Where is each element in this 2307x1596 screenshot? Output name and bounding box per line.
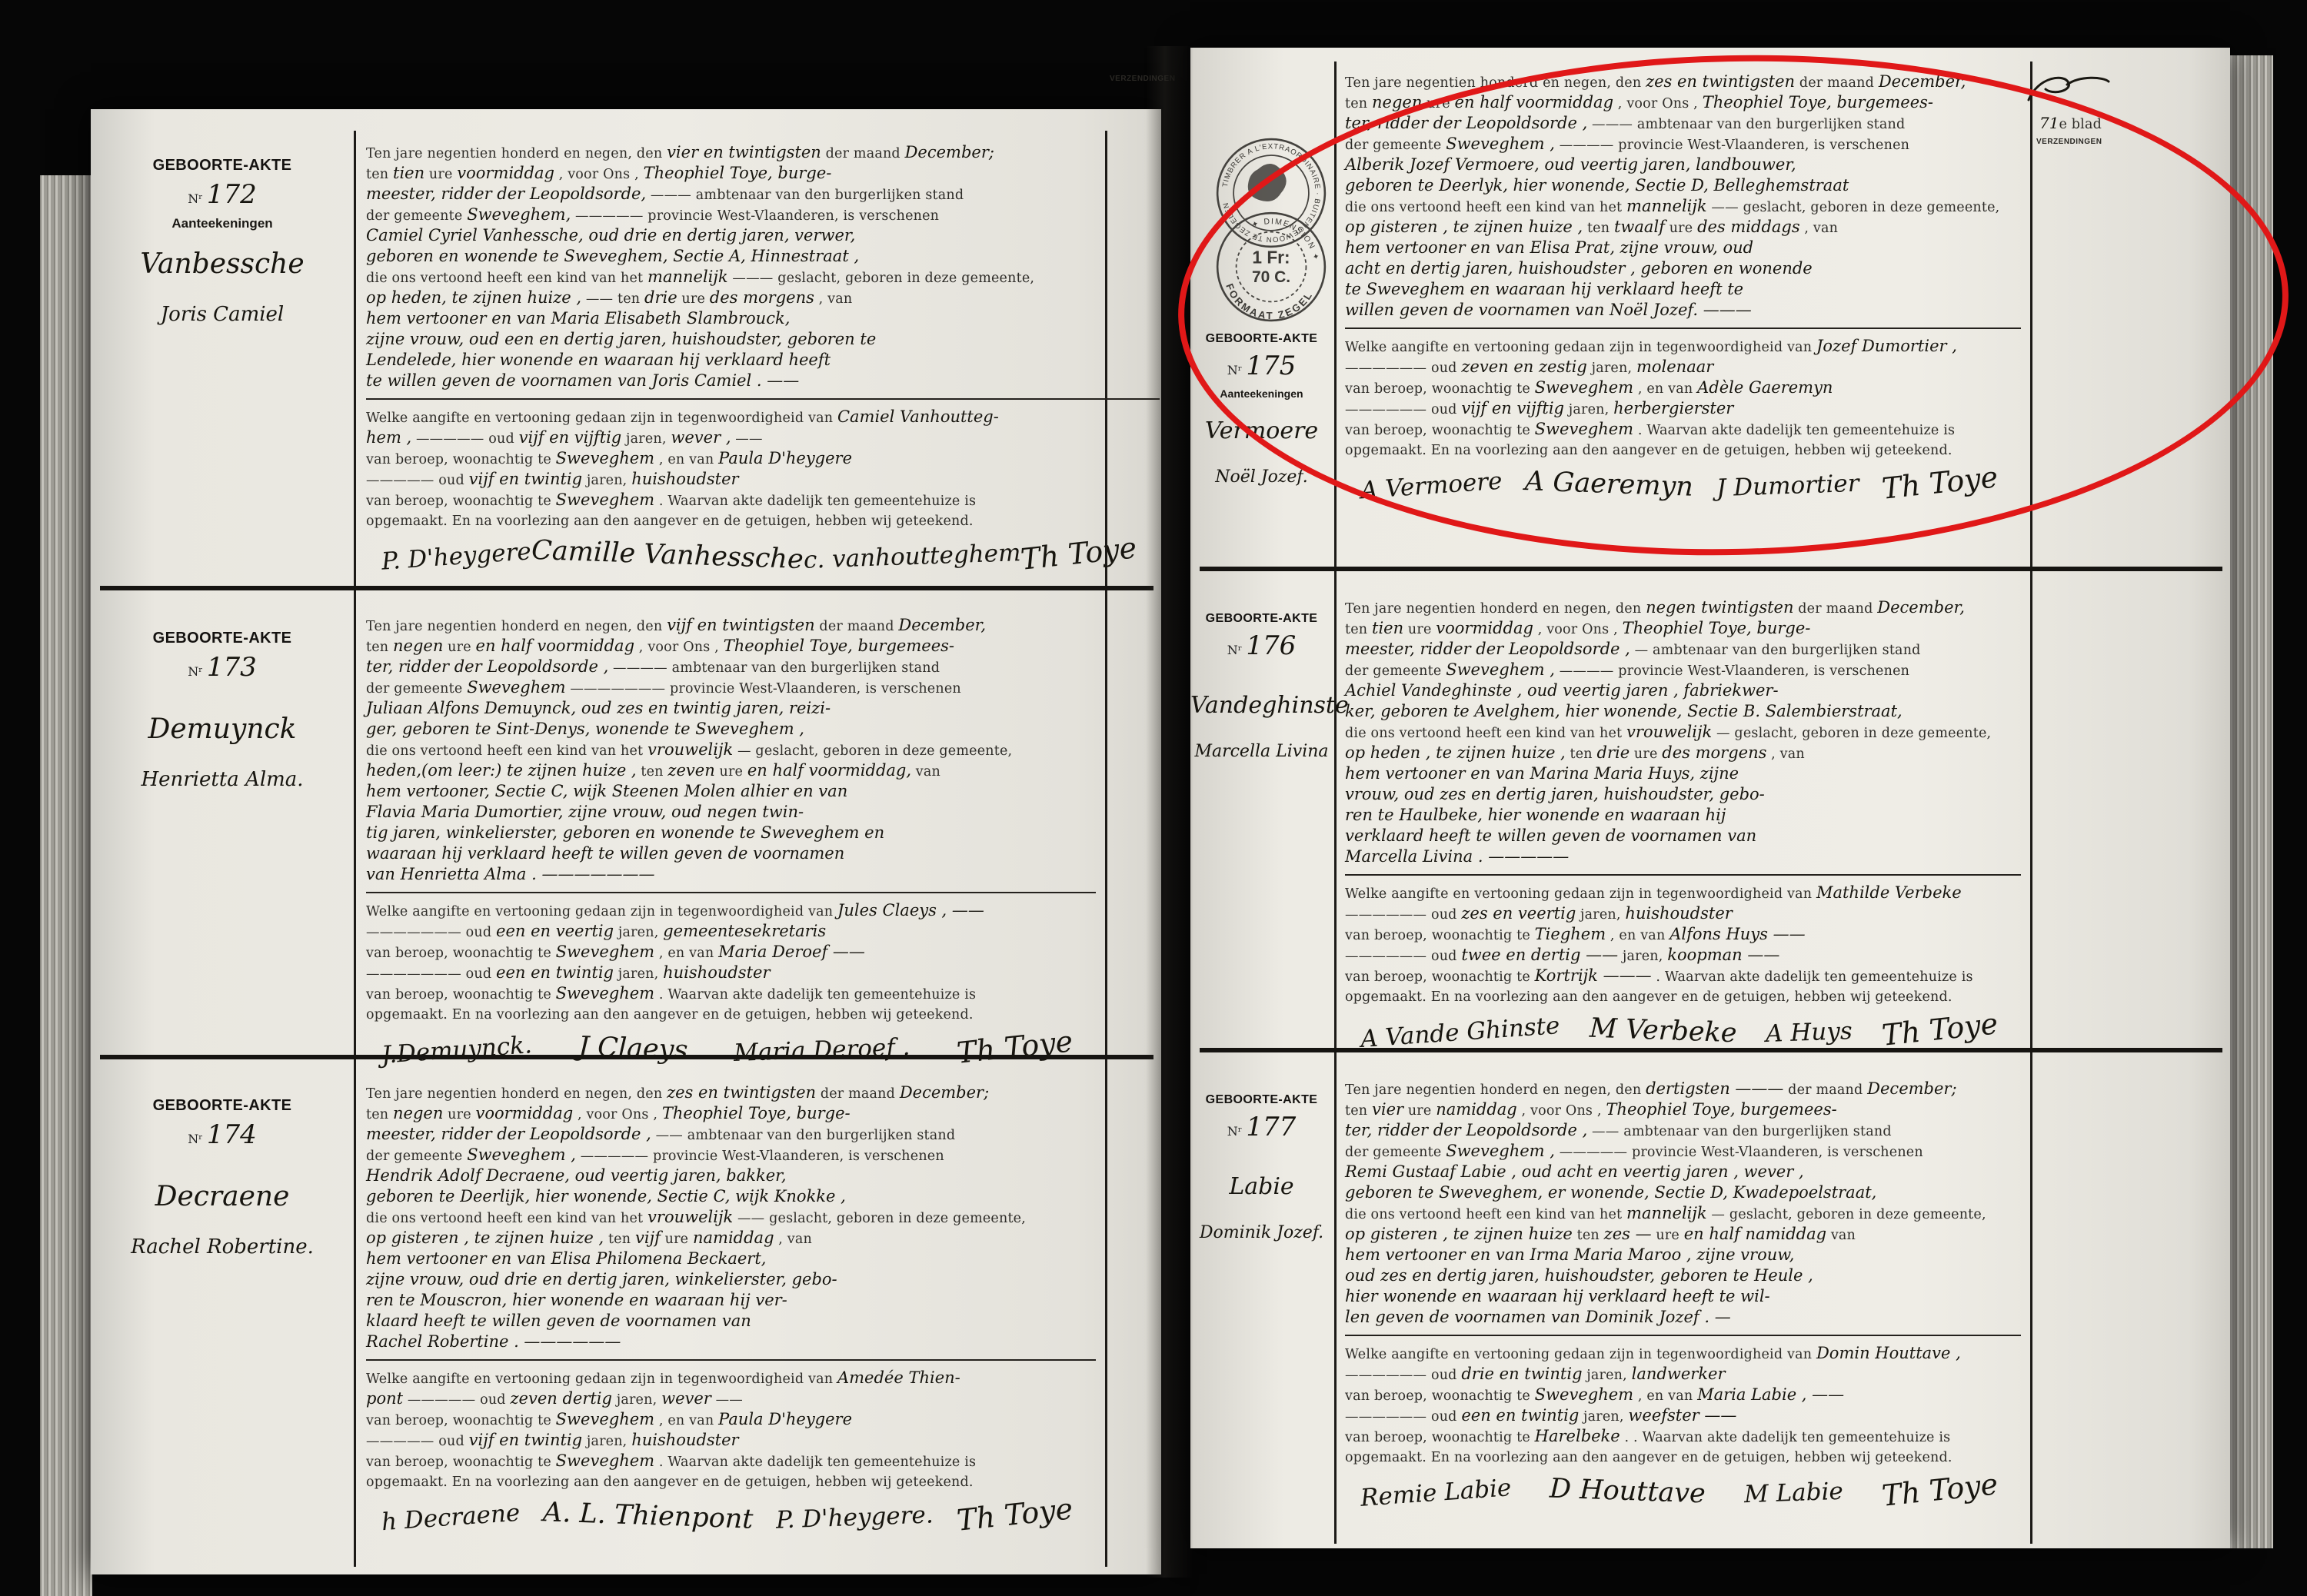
handwritten-text: hem vertooner en van Marina Maria Huys, … (1345, 764, 1739, 783)
birth-act-172: GEBOORTE-AKTE Nʳ 172 Aanteekeningen Vanb… (91, 138, 1105, 583)
form-line: Welke aangifte en vertooning gedaan zijn… (366, 901, 1096, 922)
form-line: hem vertooner, Sectie C, wijk Steenen Mo… (366, 782, 1096, 803)
form-line: van beroep, woonachtig te Sweveghem . Wa… (366, 1451, 1096, 1472)
handwritten-text: meester, ridder der Leopoldsorde , (1345, 640, 1630, 658)
handwritten-text: drie (644, 288, 677, 307)
form-line: opgemaakt. En na voorlezing aan den aang… (1345, 987, 2021, 1008)
act-margin-column: GEBOORTE-AKTE Nʳ 176 Vandeghinste Marcel… (1190, 594, 1333, 1046)
child-given-names: Marcella Livina (1190, 742, 1333, 761)
signature: A Huys (1766, 1017, 1853, 1048)
form-line: waaraan hij verklaard heeft te willen ge… (366, 844, 1096, 865)
printed-form-text: opgemaakt. En na voorlezing aan den aang… (366, 514, 974, 529)
act-margin-column: GEBOORTE-AKTE Nʳ 174 Decraene Rachel Rob… (91, 1079, 354, 1568)
form-line: klaard heeft te willen geven de voorname… (366, 1312, 1096, 1332)
printed-form-text: Welke aangifte en vertooning gedaan zijn… (366, 904, 837, 919)
printed-form-text: , van (1766, 746, 1804, 762)
printed-form-text: van beroep, woonachtig te (1345, 381, 1535, 397)
act-margin-column: GEBOORTE-AKTE Nʳ 177 Labie Dominik Jozef… (1190, 1075, 1333, 1544)
signature: P. D'heygere (381, 537, 532, 576)
printed-form-text: , van (814, 291, 852, 307)
scanned-register-photo: VERZENDINGEN 71e blad VERZENDINGEN GEBOO… (0, 0, 2307, 1596)
handwritten-text: zes en twintigsten (1646, 72, 1795, 91)
printed-form-text: ten (366, 1107, 393, 1122)
printed-form-text: der gemeente (366, 681, 467, 697)
printed-form-text: jaren, (1587, 361, 1636, 376)
signature: A Gaeremyn (1525, 466, 1694, 503)
handwritten-text: te Sweveghem en waaraan hij verklaard he… (1345, 280, 1743, 298)
printed-form-text: , voor Ons , (573, 1107, 662, 1122)
form-line: Ten jare negentien honderd en negen, den… (1345, 598, 2021, 619)
handwritten-text: Sweveghem, (467, 205, 571, 224)
handwritten-text: en half voormiddag, (747, 761, 911, 780)
act-body-text: Ten jare negentien honderd en negen, den… (366, 143, 1160, 392)
printed-form-text: . Waarvan akte dadelijk ten gemeentehuiz… (654, 494, 976, 509)
printed-form-text: ten (1583, 221, 1614, 236)
form-line: van beroep, woonachtig te Sweveghem , en… (1345, 378, 2021, 399)
form-line: te willen geven de voornamen van Joris C… (366, 371, 1160, 392)
printed-form-text: —————— oud (1345, 949, 1461, 964)
printed-form-text: ure (424, 167, 457, 182)
form-line: van Henrietta Alma . ——————— (366, 865, 1096, 886)
printed-form-text: ten (1566, 746, 1597, 762)
handwritten-text: vrouw, oud zes en dertig jaren, huishoud… (1345, 785, 1765, 803)
annotations-label: Aanteekeningen (91, 216, 354, 231)
signature: h Decraene (381, 1499, 521, 1536)
printed-form-text: ure (1652, 1228, 1684, 1243)
form-line: —————— oud een en twintig jaren, weefste… (1345, 1406, 2021, 1427)
form-line: geboren te Sweveghem, er wonende, Sectie… (1345, 1183, 2021, 1204)
handwritten-text: tien (393, 164, 424, 182)
handwritten-text: des middags (1697, 218, 1800, 236)
signature-row: A VermoereA GaeremynJ DumortierTh Toye (1345, 461, 2021, 500)
form-line: hier wonende en waaraan hij verklaard he… (1345, 1287, 2021, 1308)
handwritten-text: Rachel Robertine . —————— (366, 1332, 621, 1351)
printed-form-text: Welke aangifte en vertooning gedaan zijn… (366, 411, 837, 426)
handwritten-text: te willen geven de voornamen van Joris C… (366, 371, 799, 390)
act-number-label: Nʳ (188, 664, 203, 679)
handwritten-text: zes en veertig (1461, 904, 1576, 923)
book-gutter (1146, 46, 1193, 1578)
act-number: Nʳ 176 (1190, 630, 1333, 661)
form-line: der gemeente Sweveghem, ————— provincie … (366, 205, 1160, 226)
printed-form-text: ———— ambtenaar van den burgerlijken stan… (608, 660, 940, 676)
annotations-label (1190, 1149, 1333, 1156)
signature: Th Toye (955, 1024, 1074, 1070)
handwritten-text: geboren te Sweveghem, er wonende, Sectie… (1345, 1183, 1876, 1202)
form-line: meester, ridder der Leopoldsorde , —— am… (366, 1125, 1096, 1145)
printed-form-text: der maand (821, 146, 905, 161)
form-line: opgemaakt. En na voorlezing aan den aang… (366, 1005, 1096, 1026)
form-line: ker, geboren te Avelghem, hier wonende, … (1345, 702, 2021, 723)
form-line: der gemeente Sweveghem , ————— provincie… (1345, 1142, 2021, 1162)
signature: M Labie (1744, 1478, 1844, 1508)
signature: Th Toye (1880, 1467, 1999, 1513)
printed-form-text: ————— oud (403, 1392, 510, 1408)
form-line: die ons vertoond heeft een kind van het … (366, 1208, 1096, 1229)
form-line: Remi Gustaaf Labie , oud acht en veertig… (1345, 1162, 2021, 1183)
act-type-heading: GEBOORTE-AKTE (91, 157, 354, 175)
printed-form-text: ——————— oud (366, 966, 496, 982)
handwritten-text: zes en twintigsten (667, 1083, 816, 1102)
form-line: die ons vertoond heeft een kind van het … (366, 740, 1096, 761)
form-line: zijne vrouw, oud een en dertig jaren, hu… (366, 330, 1160, 351)
form-line: verklaard heeft te willen geven de voorn… (1345, 826, 2021, 847)
act-number: Nʳ 174 (91, 1119, 354, 1150)
form-line: die ons vertoond heeft een kind van het … (1345, 723, 2021, 743)
handwritten-text: weefster —— (1628, 1406, 1736, 1425)
printed-form-text: Ten jare negentien honderd en negen, den (1345, 1082, 1646, 1098)
printed-form-text: der maand (1795, 75, 1879, 91)
handwritten-text: December, (1877, 598, 1965, 617)
handwritten-text: Jozef Dumortier , (1816, 337, 1957, 355)
handwritten-text: Amedée Thien- (837, 1368, 960, 1387)
printed-form-text: opgemaakt. En na voorlezing aan den aang… (366, 1007, 974, 1022)
handwritten-text: vijf en twintig (469, 1431, 582, 1449)
form-line: van beroep, woonachtig te Sweveghem , en… (366, 943, 1096, 963)
handwritten-text: December; (1867, 1079, 1956, 1098)
handwritten-text: voormiddag (1436, 619, 1533, 637)
printed-form-text: , van (1800, 221, 1838, 236)
printed-form-text: Welke aangifte en vertooning gedaan zijn… (1345, 340, 1816, 355)
handwritten-text: huishoudster (631, 470, 738, 488)
printed-form-text: van beroep, woonachtig te (1345, 969, 1535, 985)
signature: M Verbeke (1589, 1013, 1737, 1049)
printed-form-text: Welke aangifte en vertooning gedaan zijn… (1345, 886, 1816, 902)
form-line: van beroep, woonachtig te Sweveghem , en… (1345, 1385, 2021, 1406)
handwritten-text: Sweveghem (556, 449, 654, 467)
handwritten-text: Theophiel Toye, burge- (662, 1104, 851, 1122)
printed-form-text: opgemaakt. En na voorlezing aan den aang… (1345, 989, 1952, 1005)
form-line: —————— oud drie en twintig jaren, landwe… (1345, 1365, 2021, 1385)
handwritten-text: Theophiel Toye, burge- (644, 164, 832, 182)
handwritten-text: zes — (1604, 1225, 1652, 1243)
verzendingen-label: VERZENDINGEN (2036, 138, 2106, 146)
handwritten-text: ger, geboren te Sint-Denys, wonende te S… (366, 720, 804, 738)
act-number-label: Nʳ (188, 191, 203, 206)
form-line: die ons vertoond heeft een kind van het … (1345, 1204, 2021, 1225)
handwritten-text: gemeentesekretaris (663, 922, 826, 940)
handwritten-text: een en twintig (496, 963, 614, 982)
printed-form-text: —— geslacht, geboren in deze gemeente, (1707, 200, 2000, 215)
printed-form-text: jaren, (582, 473, 631, 488)
form-line: pont ————— oud zeven dertig jaren, wever… (366, 1389, 1096, 1410)
act-number: Nʳ 177 (1190, 1112, 1333, 1142)
act-separator (1200, 1048, 2222, 1052)
handwritten-text: vier en twintigsten (667, 143, 821, 161)
form-line: ————— oud vijf en twintig jaren, huishou… (366, 1431, 1096, 1451)
annotations-label: Aanteekeningen (1190, 387, 1333, 401)
act-witness-text: Welke aangifte en vertooning gedaan zijn… (1345, 874, 2021, 1008)
handwritten-text: wever (661, 1389, 711, 1408)
printed-form-text: der gemeente (1345, 1145, 1446, 1160)
printed-form-text: ten (637, 764, 668, 780)
act-number-label: Nʳ (188, 1132, 203, 1146)
handwritten-text: drie (1597, 743, 1630, 762)
printed-form-text: ten (1345, 622, 1372, 637)
handwritten-text: vijf en vijftig (519, 428, 622, 447)
printed-form-text: ————— provincie West-Vlaanderen, is vers… (1555, 1145, 1923, 1160)
form-line: van beroep, woonachtig te Harelbeke . . … (1345, 1427, 2021, 1448)
printed-form-text: ure (1630, 746, 1662, 762)
printed-form-text: opgemaakt. En na voorlezing aan den aang… (366, 1475, 974, 1490)
form-line: Juliaan Alfons Demuynck, oud zes en twin… (366, 699, 1096, 720)
act-type-heading: GEBOORTE-AKTE (91, 630, 354, 647)
signature: A. L. Thienpont (543, 1497, 754, 1535)
printed-form-text: ——————— provincie West-Vlaanderen, is ve… (566, 681, 961, 697)
handwritten-text: en half voormiddag (1455, 93, 1614, 111)
form-line: Alberik Jozef Vermoere, oud veertig jare… (1345, 155, 2021, 176)
handwritten-text: Camiel Vanhoutteg- (837, 407, 999, 426)
act-margin-column: TIMBRER A L'EXTRAORDINAIRE · BUITENGEWOO… (1190, 68, 1333, 563)
handwritten-text: molenaar (1636, 357, 1713, 376)
form-line: Welke aangifte en vertooning gedaan zijn… (1345, 337, 2021, 357)
child-given-names: Noël Jozef. (1190, 467, 1333, 487)
act-text-column: Ten jare negentien honderd en negen, den… (354, 611, 1105, 1064)
printed-form-text: Welke aangifte en vertooning gedaan zijn… (1345, 1347, 1816, 1362)
handwritten-text: hem vertooner en van Irma Maria Maroo , … (1345, 1245, 1794, 1264)
handwritten-text: Tieghem (1535, 925, 1606, 943)
form-line: hem , ————— oud vijf en vijftig jaren, w… (366, 428, 1160, 449)
form-line: ter, ridder der Leopoldsorde , ———— ambt… (366, 657, 1096, 678)
form-line: op heden , te zijnen huize , ten drie ur… (1345, 743, 2021, 764)
printed-form-text: ——————— oud (366, 925, 496, 940)
printed-form-text: der maand (815, 619, 899, 634)
form-line: van beroep, woonachtig te Sweveghem . Wa… (1345, 420, 2021, 441)
form-line: hem vertooner en van Marina Maria Huys, … (1345, 764, 2021, 785)
handwritten-text: Achiel Vandeghinste , oud veertig jaren … (1345, 681, 1779, 700)
handwritten-text: mannelijk (1626, 1204, 1707, 1222)
form-line: vrouw, oud zes en dertig jaren, huishoud… (1345, 785, 2021, 806)
printed-form-text: —— ten (581, 291, 644, 307)
act-witness-text: Welke aangifte en vertooning gedaan zijn… (366, 1359, 1096, 1493)
act-witness-text: Welke aangifte en vertooning gedaan zijn… (366, 398, 1160, 532)
act-number-value: 174 (207, 1119, 257, 1150)
handwritten-text: ter, ridder der Leopoldsorde , (1345, 114, 1587, 132)
handwritten-text: twee en dertig —— (1461, 946, 1618, 964)
form-line: op gisteren , te zijnen huize ten zes — … (1345, 1225, 2021, 1245)
handwritten-text: drie en twintig (1461, 1365, 1582, 1383)
handwritten-text: mannelijk (647, 268, 728, 286)
form-line: tig jaren, winkelierster, geboren en won… (366, 823, 1096, 844)
handwritten-text: heden,(om leer:) te zijnen huize , (366, 761, 637, 780)
printed-form-text: van beroep, woonachtig te (366, 452, 556, 467)
handwritten-text: vijf en twintigsten (667, 616, 815, 634)
form-line: van beroep, woonachtig te Sweveghem , en… (366, 1410, 1096, 1431)
lion-coat-of-arms (1248, 164, 1287, 201)
handwritten-text: zeven dertig (510, 1389, 612, 1408)
act-text-column: Ten jare negentien honderd en negen, den… (354, 1079, 1105, 1568)
form-line: ter, ridder der Leopoldsorde , ——— ambte… (1345, 114, 2021, 135)
printed-form-text: , en van (1606, 928, 1669, 943)
form-line: Welke aangifte en vertooning gedaan zijn… (1345, 883, 2021, 904)
act-body-text: Ten jare negentien honderd en negen, den… (366, 616, 1096, 886)
handwritten-text: Juliaan Alfons Demuynck, oud zes en twin… (366, 699, 831, 717)
act-number-label: Nʳ (1227, 363, 1243, 377)
handwritten-text: Domin Houttave , (1816, 1344, 1961, 1362)
handwritten-text: geboren en wonende te Sweveghem, Sectie … (366, 247, 859, 265)
signature-row: h DecraeneA. L. ThienpontP. D'heygere.Th… (366, 1493, 1096, 1531)
form-line: ger, geboren te Sint-Denys, wonende te S… (366, 720, 1096, 740)
printed-form-text: , voor Ons , (1533, 622, 1623, 637)
printed-form-text: ————— oud (411, 431, 518, 447)
form-line: Hendrik Adolf Decraene, oud veertig jare… (366, 1166, 1096, 1187)
handwritten-text: vijf en twintig (469, 470, 582, 488)
printed-form-text: ————— provincie West-Vlaanderen, is vers… (576, 1149, 944, 1164)
printed-form-text: ten (604, 1232, 635, 1247)
printed-form-text: die ons vertoond heeft een kind van het (366, 743, 647, 759)
printed-form-text: Ten jare negentien honderd en negen, den (366, 146, 667, 161)
handwritten-text: Hendrik Adolf Decraene, oud veertig jare… (366, 1166, 787, 1185)
page-stack-edge-left (40, 175, 92, 1596)
handwritten-text: twaalf (1614, 218, 1665, 236)
printed-form-text: ———— provincie West-Vlaanderen, is versc… (1555, 663, 1909, 679)
act-number-value: 172 (207, 179, 257, 210)
printed-form-text: die ons vertoond heeft een kind van het (1345, 726, 1626, 741)
handwritten-text: December; (905, 143, 994, 161)
handwritten-text: December; (900, 1083, 989, 1102)
form-line: hem vertooner en van Irma Maria Maroo , … (1345, 1245, 2021, 1266)
form-line: van beroep, woonachtig te Kortrijk ——— .… (1345, 966, 2021, 987)
signature: Th Toye (1019, 530, 1138, 577)
printed-form-text: ure (1403, 1103, 1436, 1119)
handwritten-text: negen twintigsten (1646, 598, 1793, 617)
signature-row: Remie LabieD HouttaveM LabieTh Toye (1345, 1468, 2021, 1507)
handwritten-text: oud zes en dertig jaren, huishoudster, g… (1345, 1266, 1813, 1285)
annotations-label (1190, 667, 1333, 675)
act-number: Nʳ 175 (1190, 351, 1333, 381)
handwritten-text: waaraan hij verklaard heeft te willen ge… (366, 844, 844, 863)
handwritten-text: zijne vrouw, oud drie en dertig jaren, w… (366, 1270, 837, 1288)
printed-form-text: , en van (654, 1413, 718, 1428)
form-line: ten negen ure en half voormiddag , voor … (366, 637, 1096, 657)
child-given-names: Joris Camiel (91, 303, 354, 326)
printed-form-text: jaren, (1564, 402, 1613, 417)
printed-form-text: —— (711, 1392, 743, 1408)
birth-act-174: GEBOORTE-AKTE Nʳ 174 Decraene Rachel Rob… (91, 1079, 1105, 1568)
printed-form-text: ure (715, 764, 747, 780)
handwritten-text: Sweveghem , (1446, 660, 1555, 679)
handwritten-text: Theophiel Toye, burge- (1623, 619, 1811, 637)
printed-form-text: jaren, (621, 431, 671, 447)
handwritten-text: Sweveghem , (1446, 1142, 1555, 1160)
printed-form-text: der maand (816, 1086, 900, 1102)
form-line: Ten jare negentien honderd en negen, den… (1345, 1079, 2021, 1100)
printed-form-text: ——— ambtenaar van den burgerlijken stand (646, 188, 964, 203)
printed-form-text: jaren, (1618, 949, 1667, 964)
signature: J Dumortier (1716, 470, 1859, 502)
handwritten-text: wever , (671, 428, 731, 447)
handwritten-text: vrouwelijk (647, 1208, 733, 1226)
printed-form-text: van beroep, woonachtig te (366, 1455, 556, 1470)
form-line: Marcella Livina . ————— (1345, 847, 2021, 868)
corner-flourish-mark (2022, 69, 2115, 108)
birth-act-173: GEBOORTE-AKTE Nʳ 173 Demuynck Henrietta … (91, 611, 1105, 1051)
page-number-value: 71 (2039, 114, 2059, 132)
printed-form-text: —————— oud (1345, 402, 1461, 417)
printed-form-text: , voor Ons , (1613, 96, 1703, 111)
form-line: Camiel Cyriel Vanhessche, oud drie en de… (366, 226, 1160, 247)
signature-row: A Vande GhinsteM VerbekeA HuysTh Toye (1345, 1008, 2021, 1046)
handwritten-text: landwerker (1632, 1365, 1726, 1383)
form-line: meester, ridder der Leopoldsorde, ——— am… (366, 185, 1160, 205)
printed-form-text: jaren, (614, 966, 663, 982)
form-line: hem vertooner en van Elisa Philomena Bec… (366, 1249, 1096, 1270)
act-body-text: Ten jare negentien honderd en negen, den… (1345, 72, 2021, 321)
form-line: van beroep, woonachtig te Sweveghem . Wa… (366, 984, 1096, 1005)
printed-form-text: Welke aangifte en vertooning gedaan zijn… (366, 1372, 837, 1387)
handwritten-text: tig jaren, winkelierster, geboren en won… (366, 823, 884, 842)
handwritten-text: op heden , te zijnen huize , (1345, 743, 1566, 762)
signature: Th Toye (1880, 460, 1999, 506)
printed-form-text: , en van (654, 452, 718, 467)
handwritten-text: op gisteren , te zijnen huize (1345, 1225, 1573, 1243)
form-line: op gisteren , te zijnen huize , ten twaa… (1345, 218, 2021, 238)
handwritten-text: Marcella Livina . ————— (1345, 847, 1569, 866)
column-rule (2030, 62, 2032, 1544)
handwritten-text: klaard heeft te willen geven de voorname… (366, 1312, 751, 1330)
form-line: ten vier ure namiddag , voor Ons , Theop… (1345, 1100, 2021, 1121)
handwritten-text: Sweveghem , (1446, 135, 1555, 153)
birth-act-176: GEBOORTE-AKTE Nʳ 176 Vandeghinste Marcel… (1190, 594, 2030, 1044)
handwritten-text: herbergierster (1613, 399, 1733, 417)
signature: Remie Labie (1360, 1474, 1512, 1512)
handwritten-text: huishoudster (631, 1431, 738, 1449)
handwritten-text: ter, ridder der Leopoldsorde , (366, 657, 608, 676)
signature: Camille Vanhessche (531, 535, 804, 575)
form-line: Ten jare negentien honderd en negen, den… (1345, 72, 2021, 93)
handwritten-text: zijne vrouw, oud een en dertig jaren, hu… (366, 330, 876, 348)
printed-form-text: die ons vertoond heeft een kind van het (366, 1211, 647, 1226)
signature: P. D'heygere. (776, 1501, 934, 1534)
handwritten-text: Sweveghem (556, 1410, 654, 1428)
printed-form-text: jaren, (612, 1392, 661, 1408)
printed-form-text: ten (366, 640, 393, 655)
handwritten-text: hem vertooner en van Elisa Philomena Bec… (366, 1249, 766, 1268)
form-line: ren te Mouscron, hier wonende en waaraan… (366, 1291, 1096, 1312)
printed-form-text: ure (1665, 221, 1697, 236)
printed-form-text: ten (1345, 1103, 1372, 1119)
printed-form-text: van (911, 764, 940, 780)
form-line: ————— oud vijf en twintig jaren, huishou… (366, 470, 1160, 490)
handwritten-text: vrouwelijk (647, 740, 733, 759)
handwritten-text: Sweveghem (556, 1451, 654, 1470)
printed-form-text: ure (443, 640, 475, 655)
handwritten-text: Sweveghem (1535, 378, 1633, 397)
printed-form-text: jaren, (614, 925, 663, 940)
form-line: der gemeente Sweveghem , ———— provincie … (1345, 660, 2021, 681)
printed-form-text: . Waarvan akte dadelijk ten gemeentehuiz… (654, 987, 976, 1002)
handwritten-text: meester, ridder der Leopoldsorde, (366, 185, 646, 203)
handwritten-text: negen (1372, 93, 1422, 111)
printed-form-text: ure (1422, 96, 1454, 111)
handwritten-text: December, (898, 616, 986, 634)
printed-form-text: — geslacht, geboren in deze gemeente, (1707, 1207, 1986, 1222)
birth-act-175: TIMBRER A L'EXTRAORDINAIRE · BUITENGEWOO… (1190, 68, 2030, 563)
printed-form-text: —— (731, 431, 763, 447)
handwritten-text: negen (393, 637, 443, 655)
printed-form-text: ure (1403, 622, 1436, 637)
act-number-value: 175 (1246, 351, 1296, 381)
child-surname: Decraene (91, 1181, 354, 1212)
form-line: Ten jare negentien honderd en negen, den… (366, 143, 1160, 164)
form-line: —————— oud zeven en zestig jaren, molena… (1345, 357, 2021, 378)
form-line: geboren te Deerlyk, hier wonende, Sectie… (1345, 176, 2021, 197)
printed-form-text: van beroep, woonachtig te (1345, 423, 1535, 438)
handwritten-text: en half namiddag (1684, 1225, 1826, 1243)
printed-form-text: . Waarvan akte dadelijk ten gemeentehuiz… (654, 1455, 976, 1470)
printed-form-text: , en van (1633, 381, 1697, 397)
printed-form-text: ————— oud (366, 1434, 469, 1449)
